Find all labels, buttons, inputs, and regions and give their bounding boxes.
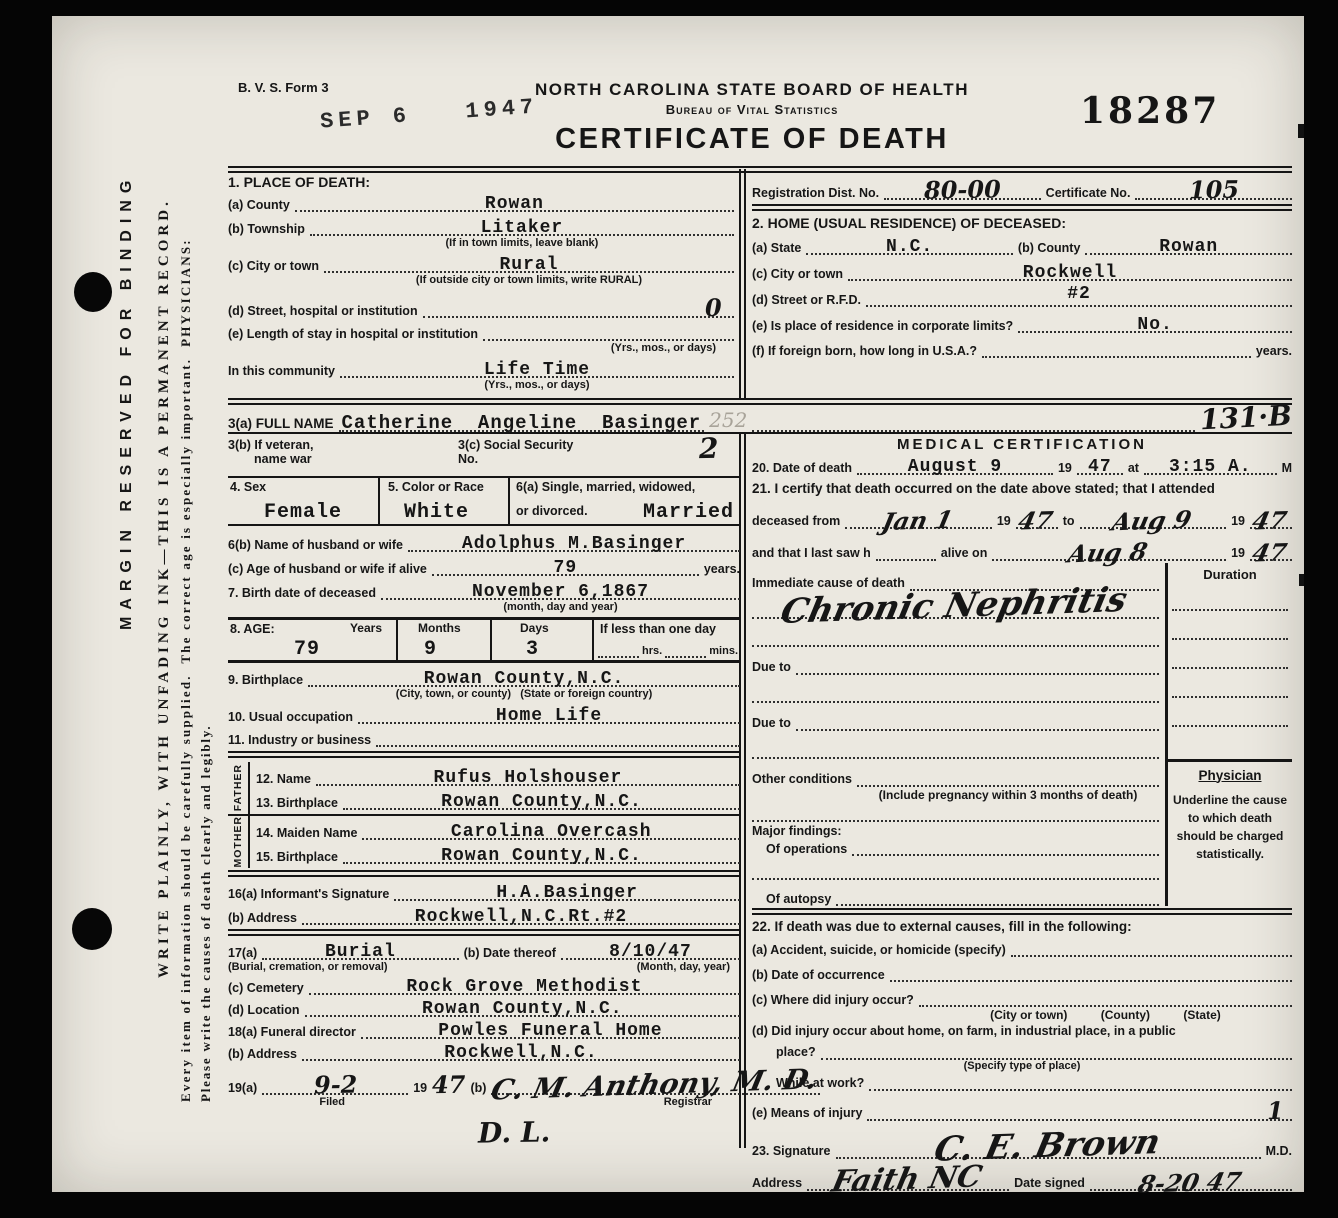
attended-to-year-value: 47 bbox=[1250, 508, 1289, 533]
veteran-label: 3(b) If veteran, bbox=[228, 438, 458, 452]
filed-b-label: (b) bbox=[471, 1081, 487, 1095]
time-meridiem-label: M bbox=[1282, 461, 1292, 475]
scan-speck bbox=[1298, 124, 1304, 138]
informant-rule bbox=[228, 929, 740, 936]
last-saw-year-field: 47 bbox=[1250, 535, 1292, 561]
race-label: 5. Color or Race bbox=[388, 480, 484, 494]
occurrence-date-label: (b) Date of occurrence bbox=[752, 968, 885, 982]
of-autopsy-label: Of autopsy bbox=[766, 892, 831, 906]
age-years-label: Years bbox=[350, 622, 382, 636]
home-county-field: Rowan bbox=[1085, 235, 1292, 255]
attended-to-field: Aug 9 bbox=[1080, 503, 1227, 529]
industry-field bbox=[376, 730, 740, 747]
physician-address-label: Address bbox=[752, 1176, 802, 1190]
full-name-field: Catherine Angeline Basinger bbox=[339, 411, 705, 432]
physician-address-field: Faith NC bbox=[807, 1159, 1009, 1191]
cause-blank-line bbox=[752, 686, 1159, 703]
date-of-death-at-label: at bbox=[1128, 461, 1139, 475]
funeral-director-field: Powles Funeral Home bbox=[361, 1019, 740, 1039]
father-side-label: FATHER bbox=[232, 764, 244, 811]
burial-location-value: Rowan County,N.C. bbox=[422, 1000, 623, 1018]
informant-signature-label: 16(a) Informant's Signature bbox=[228, 887, 389, 901]
occupation-field: Home Life bbox=[358, 704, 740, 724]
corporate-limits-value: No. bbox=[1137, 316, 1172, 334]
occurrence-date-field bbox=[890, 965, 1292, 982]
last-saw-pronoun-field bbox=[876, 544, 936, 561]
burial-date-note: (Month, day, year) bbox=[504, 961, 740, 973]
parents-rule bbox=[228, 870, 740, 877]
certificate-title: CERTIFICATE OF DEATH bbox=[472, 123, 1032, 156]
filed-year-label: 19 bbox=[413, 1081, 427, 1095]
last-saw-year-label: 19 bbox=[1231, 546, 1245, 560]
informant-address-value: Rockwell,N.C.Rt.#2 bbox=[415, 908, 627, 926]
injury-place-label2: place? bbox=[776, 1045, 816, 1059]
sex-value: Female bbox=[264, 501, 342, 524]
accident-field bbox=[1011, 940, 1292, 957]
age-days-label: Days bbox=[520, 622, 549, 636]
funeral-director-label: 18(a) Funeral director bbox=[228, 1025, 356, 1039]
while-at-work-label: While at work? bbox=[776, 1076, 864, 1090]
home-county-label: (b) County bbox=[1018, 241, 1080, 255]
filed-year-value: 47 bbox=[432, 1070, 466, 1100]
occupation-value: Home Life bbox=[496, 707, 602, 725]
mother-maiden-name-label: 14. Maiden Name bbox=[256, 826, 357, 840]
age-hrs-field bbox=[598, 641, 639, 658]
date-of-death-field: August 9 bbox=[857, 455, 1053, 475]
father-birthplace-label: 13. Birthplace bbox=[256, 796, 338, 810]
burial-date-field: 8/10/47 bbox=[561, 940, 740, 960]
community-value: Life Time bbox=[484, 361, 590, 379]
last-saw-date-field: Aug 8 bbox=[992, 535, 1226, 561]
informant-address-field: Rockwell,N.C.Rt.#2 bbox=[302, 905, 740, 925]
father-name-value: Rufus Holshouser bbox=[434, 769, 623, 787]
informant-address-label: (b) Address bbox=[228, 911, 297, 925]
date-of-death-year-label: 19 bbox=[1058, 461, 1072, 475]
injury-place-field bbox=[821, 1043, 1292, 1060]
means-of-injury-field: 1 bbox=[867, 1095, 1292, 1121]
spouse-label: 6(b) Name of husband or wife bbox=[228, 538, 403, 552]
registration-rule bbox=[752, 204, 1292, 211]
city-label: (c) City or town bbox=[228, 259, 319, 273]
cemetery-label: (c) Cemetery bbox=[228, 981, 304, 995]
registration-dist-label: Registration Dist. No. bbox=[752, 186, 879, 200]
other-conditions-label: Other conditions bbox=[752, 772, 852, 786]
age-hrs-label: hrs. bbox=[642, 645, 662, 658]
community-field: Life Time bbox=[340, 358, 734, 378]
filed-date-value: 9-2 bbox=[313, 1073, 357, 1098]
punch-hole-top bbox=[74, 272, 112, 312]
means-of-injury-label: (e) Means of injury bbox=[752, 1106, 862, 1120]
pencil-annotation: 252 bbox=[709, 408, 747, 432]
township-note: (If in town limits, leave blank) bbox=[310, 237, 734, 251]
scan-speck bbox=[1299, 574, 1304, 586]
top-rule bbox=[228, 166, 1292, 173]
birthplace-label: 9. Birthplace bbox=[228, 673, 303, 687]
county-field: Rowan bbox=[295, 192, 734, 212]
informant-signature-field: H.A.Basinger bbox=[394, 881, 740, 901]
birthplace-value: Rowan County,N.C. bbox=[424, 670, 625, 688]
attended-from-year-value: 47 bbox=[1016, 508, 1055, 533]
spouse-age-value: 79 bbox=[554, 559, 578, 577]
corporate-limits-field: No. bbox=[1018, 313, 1292, 333]
marital-label: 6(a) Single, married, widowed, bbox=[516, 480, 695, 494]
other-blank-line bbox=[752, 805, 1159, 822]
attended-from-year-field: 47 bbox=[1016, 503, 1058, 529]
age-months-value: 9 bbox=[424, 638, 437, 661]
age-label: 8. AGE: bbox=[230, 622, 275, 636]
cause-blank-line bbox=[752, 742, 1159, 759]
injury-where-note: (City or town) (County) (State) bbox=[919, 1008, 1292, 1022]
home-street-value: #2 bbox=[1067, 285, 1091, 303]
city-note: (If outside city or town limits, write R… bbox=[324, 274, 734, 288]
margin-physicians-text: Every item of information should be care… bbox=[178, 238, 194, 1102]
filed-label: 19(a) bbox=[228, 1081, 257, 1095]
duration-heading: Duration bbox=[1172, 567, 1288, 582]
attended-from-label: deceased from bbox=[752, 514, 840, 528]
mother-maiden-name-field: Carolina Overcash bbox=[362, 820, 740, 840]
funeral-director-address-value: Rockwell,N.C. bbox=[444, 1044, 597, 1062]
informant-signature-value: H.A.Basinger bbox=[496, 884, 638, 902]
margin-causes-text: Please write the causes of death clearly… bbox=[198, 725, 214, 1102]
birthdate-value: November 6,1867 bbox=[472, 583, 649, 601]
immediate-cause-line: Chronic Nephritis bbox=[752, 583, 1159, 619]
home-street-label: (d) Street or R.F.D. bbox=[752, 293, 861, 307]
of-operations-label: Of operations bbox=[766, 842, 847, 856]
cemetery-field: Rock Grove Methodist bbox=[309, 975, 740, 995]
place-of-death-heading: 1. PLACE OF DEATH: bbox=[228, 174, 734, 190]
while-at-work-field bbox=[869, 1074, 1292, 1091]
burial-label: 17(a) bbox=[228, 946, 257, 960]
means-of-injury-mark: 1 bbox=[1267, 1099, 1284, 1123]
home-street-field: #2 bbox=[866, 287, 1292, 307]
attended-to-value: Aug 9 bbox=[1110, 507, 1194, 534]
mother-maiden-name-value: Carolina Overcash bbox=[451, 823, 652, 841]
burial-note: (Burial, cremation, or removal) bbox=[228, 961, 499, 973]
birthdate-field: November 6,1867 bbox=[381, 580, 740, 600]
full-name-label: 3(a) FULL NAME bbox=[228, 416, 334, 432]
date-of-death-label: 20. Date of death bbox=[752, 461, 852, 475]
margin-binding-text: MARGIN RESERVED FOR BINDING bbox=[118, 174, 136, 630]
father-name-label: 12. Name bbox=[256, 772, 311, 786]
township-value: Litaker bbox=[481, 219, 564, 237]
last-saw-date-value: Aug 8 bbox=[1066, 539, 1150, 566]
home-state-field: N.C. bbox=[806, 235, 1013, 255]
physician-signature-field: C. E. Brown bbox=[836, 1123, 1261, 1159]
registration-dist-field: 80-00 bbox=[884, 174, 1041, 200]
stay-field bbox=[483, 324, 734, 341]
due-to-label-1: Due to bbox=[752, 660, 791, 674]
mother-birthplace-label: 15. Birthplace bbox=[256, 850, 338, 864]
ssn-label2: No. bbox=[458, 452, 740, 466]
duration-line bbox=[1172, 669, 1288, 698]
duration-line bbox=[1172, 611, 1288, 640]
injury-place-note: (Specify type of place) bbox=[752, 1060, 1292, 1072]
time-of-death-field: 3:15 A. bbox=[1144, 455, 1277, 475]
city-value: Rural bbox=[499, 256, 558, 274]
spouse-value: Adolphus M.Basinger bbox=[462, 535, 686, 553]
mother-side-label: MOTHER bbox=[232, 816, 244, 868]
street-value: 0 bbox=[705, 296, 722, 320]
burial-date-value: 8/10/47 bbox=[609, 943, 692, 961]
due-to-field-1 bbox=[796, 658, 1159, 675]
birthdate-note: (month, day and year) bbox=[381, 601, 740, 615]
community-label: In this community bbox=[228, 364, 335, 378]
attended-to-label: to bbox=[1063, 514, 1075, 528]
burial-value: Burial bbox=[325, 943, 396, 961]
injury-place-label: (d) Did injury occur about home, on farm… bbox=[752, 1024, 1292, 1038]
burial-location-field: Rowan County,N.C. bbox=[305, 997, 740, 1017]
board-name: NORTH CAROLINA STATE BOARD OF HEALTH bbox=[472, 80, 1032, 100]
attended-to-year-label: 19 bbox=[1231, 514, 1245, 528]
stay-label: (e) Length of stay in hospital or instit… bbox=[228, 327, 478, 341]
father-birthplace-value: Rowan County,N.C. bbox=[441, 793, 642, 811]
funeral-director-value: Powles Funeral Home bbox=[438, 1022, 662, 1040]
ssn-value: 2 bbox=[698, 432, 718, 465]
street-field: 0 bbox=[423, 292, 734, 318]
county-value: Rowan bbox=[485, 195, 544, 213]
father-side-strip: FATHER bbox=[228, 762, 250, 814]
of-autopsy-field bbox=[836, 889, 1159, 906]
date-signed-value: 8-20 47 bbox=[1136, 1169, 1244, 1197]
home-city-field: Rockwell bbox=[848, 261, 1292, 281]
date-of-death-year-value: 47 bbox=[1088, 458, 1112, 476]
burial-date-label: (b) Date thereof bbox=[464, 946, 556, 960]
major-findings-label: Major findings: bbox=[752, 824, 1159, 838]
other-conditions-note: (Include pregnancy within 3 months of de… bbox=[857, 788, 1159, 802]
corporate-limits-label: (e) Is place of residence in corporate l… bbox=[752, 319, 1013, 333]
foreign-born-label: (f) If foreign born, how long in U.S.A.? bbox=[752, 344, 977, 358]
date-signed-field: 8-20 47 bbox=[1090, 1165, 1292, 1191]
age-mins-field bbox=[665, 641, 706, 658]
other-conditions-field bbox=[857, 770, 1159, 787]
column-divider-bottom bbox=[739, 434, 746, 1148]
mother-side-strip: MOTHER bbox=[228, 816, 250, 868]
ssn-label: 3(c) Social Security bbox=[458, 438, 740, 452]
foreign-born-field bbox=[982, 341, 1251, 358]
external-causes-heading: 22. If death was due to external causes,… bbox=[752, 919, 1292, 935]
injury-where-label: (c) Where did injury occur? bbox=[752, 993, 914, 1007]
community-note: (Yrs., mos., or days) bbox=[340, 379, 734, 393]
last-saw-year-value: 47 bbox=[1250, 540, 1289, 565]
injury-where-field bbox=[919, 990, 1292, 1007]
burial-location-label: (d) Location bbox=[228, 1003, 300, 1017]
physician-signature-label: 23. Signature bbox=[752, 1144, 831, 1158]
margin-permanent-record-text: WRITE PLAINLY, WITH UNFADING INK—THIS IS… bbox=[156, 198, 173, 978]
occupation-label: 10. Usual occupation bbox=[228, 710, 353, 724]
physician-heading: Physician bbox=[1172, 768, 1288, 783]
funeral-director-address-label: (b) Address bbox=[228, 1047, 297, 1061]
industry-label: 11. Industry or business bbox=[228, 733, 371, 747]
home-city-label: (c) City or town bbox=[752, 267, 843, 281]
street-label: (d) Street, hospital or institution bbox=[228, 304, 418, 318]
sex-label: 4. Sex bbox=[230, 480, 266, 494]
home-state-label: (a) State bbox=[752, 241, 801, 255]
physician-box: Physician Underline the cause to which d… bbox=[1165, 759, 1292, 906]
veteran-label2: name war bbox=[254, 452, 458, 466]
race-value: White bbox=[404, 501, 469, 524]
certificate-no-field: 105 bbox=[1135, 174, 1292, 200]
time-of-death-value: 3:15 A. bbox=[1169, 458, 1252, 476]
city-field: Rural bbox=[324, 253, 734, 273]
township-field: Litaker bbox=[310, 216, 734, 236]
mother-birthplace-field: Rowan County,N.C. bbox=[343, 844, 740, 864]
duration-box: Duration bbox=[1165, 563, 1292, 759]
due-to-label-2: Due to bbox=[752, 716, 791, 730]
date-signed-label: Date signed bbox=[1014, 1176, 1085, 1190]
age-years-value: 79 bbox=[294, 638, 320, 661]
full-name-value: Catherine Angeline Basinger bbox=[342, 414, 702, 433]
duration-line bbox=[1172, 582, 1288, 611]
punch-hole-bottom bbox=[72, 908, 112, 950]
spouse-field: Adolphus M.Basinger bbox=[408, 532, 740, 552]
accident-label: (a) Accident, suicide, or homicide (spec… bbox=[752, 943, 1006, 957]
last-saw-alive-label2: alive on bbox=[941, 546, 988, 560]
duration-line bbox=[1172, 640, 1288, 669]
bureau-name: Bureau of Vital Statistics bbox=[472, 102, 1032, 117]
certify-statement: 21. I certify that death occurred on the… bbox=[752, 481, 1292, 497]
filed-date-field: 9-2 bbox=[262, 1069, 408, 1095]
attended-from-field: Jan 1 bbox=[845, 503, 992, 529]
marital-label2: or divorced. bbox=[516, 504, 588, 518]
stay-note: (Yrs., mos., or days) bbox=[483, 342, 734, 356]
full-name-field-extension bbox=[752, 415, 1195, 432]
certificate-paper: MARGIN RESERVED FOR BINDING WRITE PLAINL… bbox=[52, 16, 1304, 1192]
mother-birthplace-value: Rowan County,N.C. bbox=[441, 847, 642, 865]
birthdate-label: 7. Birth date of deceased bbox=[228, 586, 376, 600]
cemetery-value: Rock Grove Methodist bbox=[406, 978, 642, 996]
date-of-death-year-field: 47 bbox=[1077, 455, 1123, 475]
home-county-value: Rowan bbox=[1159, 238, 1218, 256]
home-city-value: Rockwell bbox=[1023, 264, 1117, 282]
marital-value: Married bbox=[643, 501, 734, 524]
age-less-than-day-label: If less than one day bbox=[600, 622, 716, 636]
date-of-death-value: August 9 bbox=[908, 458, 1002, 476]
registration-dist-value: 80-00 bbox=[924, 177, 1001, 202]
attended-from-year-label: 19 bbox=[997, 514, 1011, 528]
physician-note: Underline the cause to which death shoul… bbox=[1172, 791, 1288, 863]
age-months-label: Months bbox=[418, 622, 461, 636]
due-to-field-2 bbox=[796, 714, 1159, 731]
attended-to-year-field: 47 bbox=[1250, 503, 1292, 529]
mid-rule bbox=[228, 398, 1292, 405]
of-operations-field bbox=[852, 839, 1159, 856]
home-heading: 2. HOME (USUAL RESIDENCE) OF DECEASED: bbox=[752, 215, 1292, 231]
father-birthplace-field: Rowan County,N.C. bbox=[343, 790, 740, 810]
duration-line bbox=[1172, 698, 1288, 727]
form-number: B. V. S. Form 3 bbox=[238, 80, 329, 95]
home-state-value: N.C. bbox=[886, 238, 933, 256]
findings-blank-line bbox=[752, 863, 1159, 880]
scanned-death-certificate: MARGIN RESERVED FOR BINDING WRITE PLAINL… bbox=[0, 0, 1338, 1218]
registrar-initials: D. L. bbox=[478, 1115, 551, 1149]
attended-from-value: Jan 1 bbox=[880, 507, 955, 533]
physician-address-value: Faith NC bbox=[829, 1162, 985, 1197]
column-divider-top bbox=[739, 169, 746, 398]
certificate-no-value: 105 bbox=[1188, 178, 1239, 203]
foreign-born-suffix: years. bbox=[1256, 344, 1292, 358]
file-mark: 131·B bbox=[1199, 399, 1292, 437]
spouse-age-suffix: years. bbox=[704, 562, 740, 576]
medical-certification-heading: MEDICAL CERTIFICATION bbox=[752, 436, 1292, 453]
age-days-value: 3 bbox=[526, 638, 539, 661]
burial-field: Burial bbox=[262, 940, 458, 960]
spouse-age-field: 79 bbox=[432, 556, 699, 576]
industry-rule bbox=[228, 751, 740, 758]
serial-number: 18287 bbox=[1080, 90, 1220, 132]
cause-blank-line bbox=[752, 630, 1159, 647]
age-mins-label: mins. bbox=[709, 645, 738, 658]
physician-md-label: M.D. bbox=[1266, 1144, 1292, 1158]
birthplace-field: Rowan County,N.C. bbox=[308, 667, 740, 687]
father-name-field: Rufus Holshouser bbox=[316, 766, 740, 786]
last-saw-alive-label: and that I last saw h bbox=[752, 546, 871, 560]
medical-rule bbox=[752, 908, 1292, 915]
county-label: (a) County bbox=[228, 198, 290, 212]
birthplace-note: (City, town, or county) (State or foreig… bbox=[308, 688, 740, 702]
certificate-no-label: Certificate No. bbox=[1046, 186, 1131, 200]
spouse-age-label: (c) Age of husband or wife if alive bbox=[228, 562, 427, 576]
funeral-director-address-field: Rockwell,N.C. bbox=[302, 1041, 740, 1061]
township-label: (b) Township bbox=[228, 222, 305, 236]
